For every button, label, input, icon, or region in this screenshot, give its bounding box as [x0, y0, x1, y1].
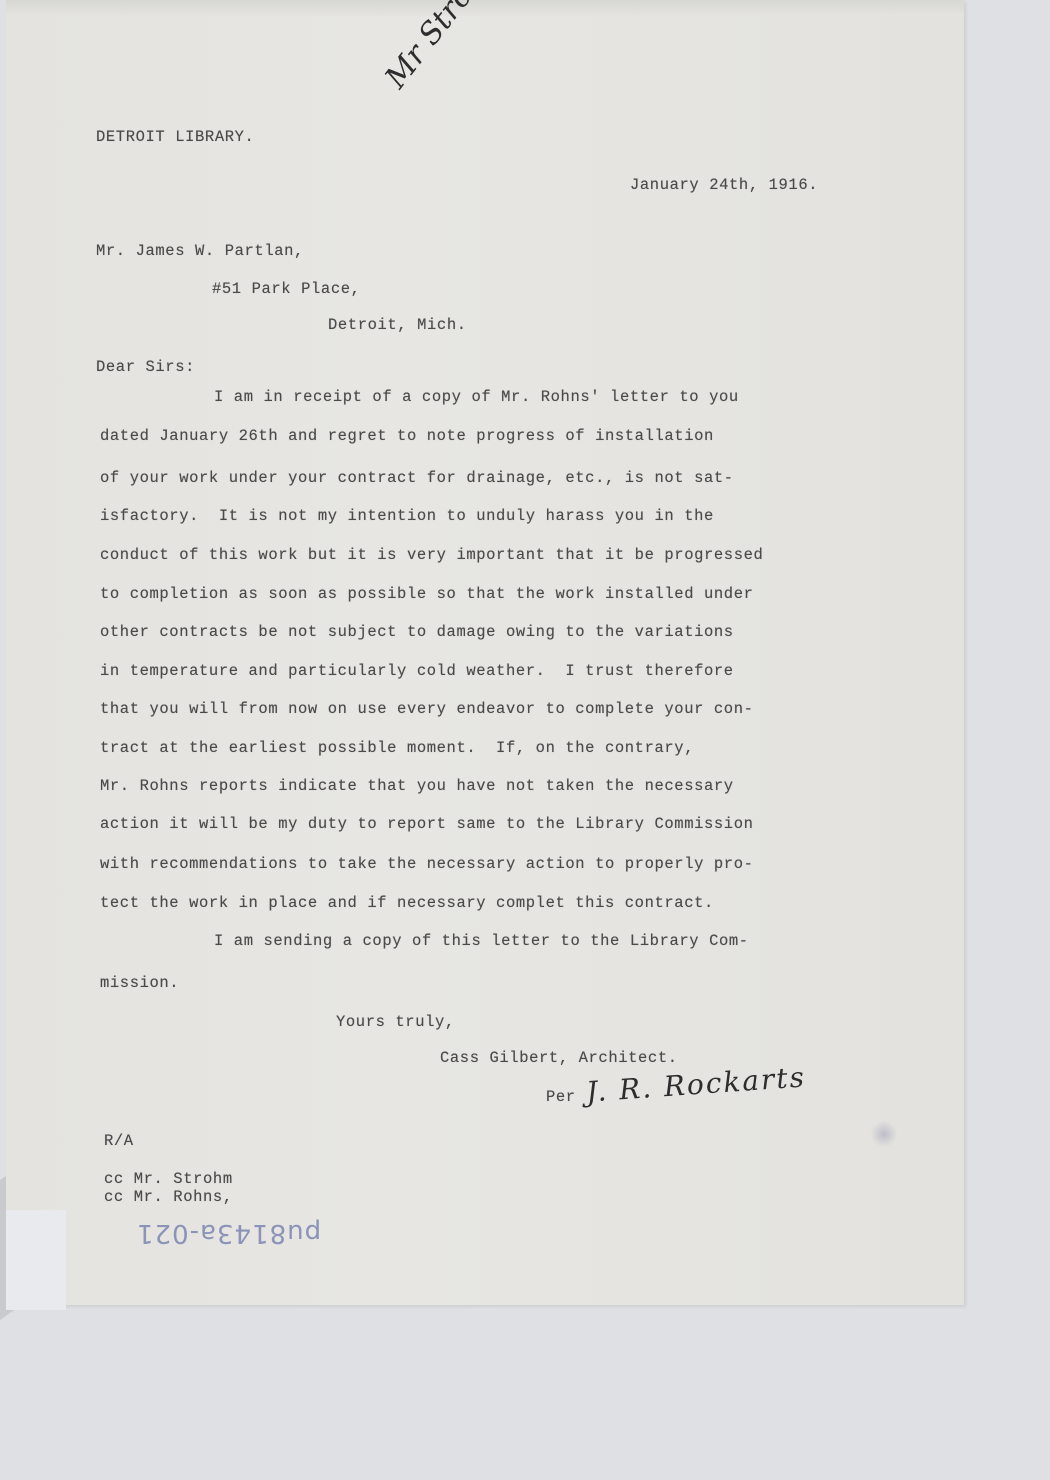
body-line: tect the work in place and if necessary … [100, 894, 714, 912]
closing-line: I am sending a copy of this letter to th… [214, 932, 749, 950]
valediction: Yours truly, [336, 1013, 455, 1031]
pencil-catalog-number: pu8143a-021 [136, 1218, 321, 1248]
body-line: Mr. Rohns reports indicate that you have… [100, 777, 734, 795]
page-top-edge [6, 0, 964, 16]
recipient-city: Detroit, Mich. [328, 316, 467, 334]
body-line: that you will from now on use every ende… [100, 700, 754, 718]
body-line: tract at the earliest possible moment. I… [100, 739, 694, 757]
body-line: to completion as soon as possible so tha… [100, 585, 754, 603]
recipient-street: #51 Park Place, [212, 280, 361, 298]
letter-heading: DETROIT LIBRARY. [96, 128, 254, 146]
body-line: in temperature and particularly cold wea… [100, 662, 734, 680]
reference-initials: R/A [104, 1132, 134, 1150]
body-line: isfactory. It is not my intention to und… [100, 507, 714, 525]
page-corner-fold [6, 1210, 66, 1310]
signatory: Cass Gilbert, Architect. [440, 1049, 678, 1067]
cc-line: cc Mr. Rohns, [104, 1188, 233, 1206]
body-line: other contracts be not subject to damage… [100, 623, 734, 641]
recipient-name: Mr. James W. Partlan, [96, 242, 304, 260]
body-line: with recommendations to take the necessa… [100, 855, 754, 873]
body-line: conduct of this work but it is very impo… [100, 546, 763, 564]
handwritten-signature: J. R. Rockarts [585, 1060, 807, 1108]
letter-date: January 24th, 1916. [630, 176, 818, 194]
body-line: of your work under your contract for dra… [100, 469, 734, 487]
letter-page: Mr Strohm DETROIT LIBRARY. January 24th,… [6, 0, 964, 1305]
closing-line: mission. [100, 974, 179, 992]
body-line: I am in receipt of a copy of Mr. Rohns' … [214, 388, 739, 406]
per-label: Per [546, 1088, 576, 1106]
body-line: dated January 26th and regret to note pr… [100, 427, 714, 445]
salutation: Dear Sirs: [96, 358, 195, 376]
ink-smudge [870, 1121, 898, 1147]
body-line: action it will be my duty to report same… [100, 815, 754, 833]
cc-line: cc Mr. Strohm [104, 1170, 233, 1188]
